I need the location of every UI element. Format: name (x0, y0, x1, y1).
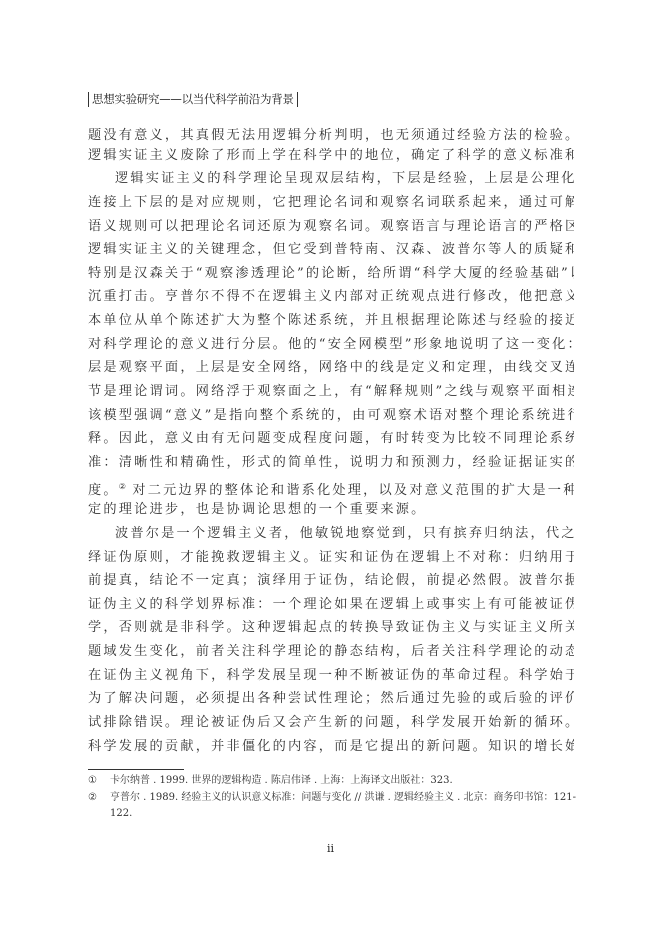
text-line: 语义规则可以把理论名词还原为观察名词。观察语言与理论语言的严格区分是 (88, 215, 574, 239)
running-header: 思想实验研究——以当代科学前沿为背景 (88, 92, 298, 107)
line-text: 逻辑实证主义废除了形而上学在科学中的地位，确定了科学的意义标准和划界标准。 (88, 148, 574, 163)
text-line: 为了解决问题，必须提出各种尝试性理论；然后通过先验的或后验的评价，来尝 (88, 687, 574, 711)
text-line: 对科学理论的意义进行分层。他的“安全网模型”形象地说明了这一变化：下 (88, 333, 574, 357)
text-line: 该模型强调“意义”是指向整个系统的，由可观察术语对整个理论系统进行解 (88, 404, 574, 428)
line-text: 节是理论谓词。网络浮于观察面之上，有“解释规则”之线与观察平面相连。 (88, 384, 574, 399)
footnote-number: ② (88, 790, 110, 823)
line-text: 学，否则就是非科学。这种逻辑起点的转换导致证伪主义与实证主义所关心的问 (88, 620, 574, 635)
line-text: 逻辑实证主义的关键理念，但它受到普特南、汉森、波普尔等人的质疑和批评， (88, 242, 574, 257)
line-text: 准：清晰性和精确性，形式的简单性，说明力和预测力，经验证据证实的程 (88, 455, 574, 470)
line-text: 科学发展的贡献，并非僵化的内容，而是它提出的新问题。知识的增长始于问 (88, 739, 574, 754)
text-line: 连接上下层的是对应规则，它把理论名词和观察名词联系起来，通过可解释的 (88, 191, 574, 215)
line-text: 定的理论进步，也是协调论思想的一个重要来源。 (88, 502, 427, 517)
line-text: 为了解决问题，必须提出各种尝试性理论；然后通过先验的或后验的评价，来尝 (88, 691, 574, 706)
line-text: 题没有意义，其真假无法用逻辑分析判明，也无须通过经验方法的检验。 (88, 128, 574, 143)
footnote-item: ② 亨普尔 . 1989. 经验主义的认识意义标准：问题与变化 // 洪谦 . … (88, 790, 578, 823)
footnote-rule (88, 769, 184, 770)
page-number: ii (0, 842, 661, 855)
text-line: 试排除错误。理论被证伪后又会产生新的问题，科学发展开始新的循环。理论对 (88, 711, 574, 735)
text-line: 绎证伪原则，才能挽救逻辑主义。证实和证伪在逻辑上不对称：归纳用于证实， (88, 546, 574, 570)
line-text: 释。因此，意义由有无问题变成程度问题，有时转变为比较不同理论系统的标 (88, 431, 574, 446)
line-text: 对科学理论的意义进行分层。他的“安全网模型”形象地说明了这一变化：下 (88, 337, 574, 352)
text-line: 在证伪主义视角下，科学发展呈现一种不断被证伪的革命过程。科学始于问题， (88, 664, 574, 688)
text-line: 逻辑实证主义的关键理念，但它受到普特南、汉森、波普尔等人的质疑和批评， (88, 238, 574, 262)
line-text: 语义规则可以把理论名词还原为观察名词。观察语言与理论语言的严格区分是 (88, 219, 574, 234)
text-line: 前提真，结论不一定真；演绎用于证伪，结论假，前提必然假。波普尔据此得出 (88, 569, 574, 593)
footnote-number: ① (88, 773, 110, 790)
line-text: 层是观察平面，上层是安全网络，网络中的线是定义和定理，由线交叉连接的 (88, 360, 574, 375)
footnote-text: 亨普尔 . 1989. 经验主义的认识意义标准：问题与变化 // 洪谦 . 逻辑… (110, 790, 578, 823)
line-text: 证伪主义的科学划界标准：一个理论如果在逻辑上或事实上有可能被证伪就是科 (88, 597, 574, 612)
text-line: 定的理论进步，也是协调论思想的一个重要来源。 (88, 498, 574, 522)
line-text: 题域发生变化，前者关注科学理论的静态结构，后者关注科学理论的动态演进。 (88, 644, 574, 659)
footnote-text: 卡尔纳普 . 1999. 世界的逻辑构造 . 陈启伟译 . 上海：上海译文出版社… (110, 773, 578, 790)
line-text: 试排除错误。理论被证伪后又会产生新的问题，科学发展开始新的循环。理论对 (88, 715, 574, 730)
text-line: 波普尔是一个逻辑主义者，他敏锐地察觉到，只有摈弃归纳法，代之以演 (88, 522, 574, 546)
text-line: 学，否则就是非科学。这种逻辑起点的转换导致证伪主义与实证主义所关心的问 (88, 616, 574, 640)
line-text: 在证伪主义视角下，科学发展呈现一种不断被证伪的革命过程。科学始于问题， (88, 668, 574, 683)
text-line: 沉重打击。亨普尔不得不在逻辑主义内部对正统观点进行修改，他把意义的基 (88, 285, 574, 309)
body-text: 题没有意义，其真假无法用逻辑分析判明，也无须通过经验方法的检验。① 这样，逻辑实… (88, 120, 574, 758)
text-line: 释。因此，意义由有无问题变成程度问题，有时转变为比较不同理论系统的标 (88, 427, 574, 451)
text-line: 特别是汉森关于“观察渗透理论”的论断，给所谓“科学大厦的经验基础”以 (88, 262, 574, 286)
line-text: 连接上下层的是对应规则，它把理论名词和观察名词联系起来，通过可解释的 (88, 195, 574, 210)
text-line: 逻辑实证主义废除了形而上学在科学中的地位，确定了科学的意义标准和划界标准。 (88, 144, 574, 168)
text-line: 层是观察平面，上层是安全网络，网络中的线是定义和定理，由线交叉连接的 (88, 356, 574, 380)
line-text: 沉重打击。亨普尔不得不在逻辑主义内部对正统观点进行修改，他把意义的基 (88, 289, 574, 304)
text-line: 本单位从单个陈述扩大为整个陈述系统，并且根据理论陈述与经验的接近程度 (88, 309, 574, 333)
line-text: 对二元边界的整体论和谐系化处理，以及对意义范围的扩大是一种值得肯 (126, 483, 574, 498)
line-text: 绎证伪原则，才能挽救逻辑主义。证实和证伪在逻辑上不对称：归纳用于证实， (88, 550, 574, 565)
line-text: 逻辑实证主义的科学理论呈现双层结构，下层是经验，上层是公理化系统， (115, 171, 574, 186)
line-text: 度。 (88, 483, 119, 498)
footnote-item: ① 卡尔纳普 . 1999. 世界的逻辑构造 . 陈启伟译 . 上海：上海译文出… (88, 773, 578, 790)
text-line: 逻辑实证主义的科学理论呈现双层结构，下层是经验，上层是公理化系统， (88, 167, 574, 191)
text-line: 科学发展的贡献，并非僵化的内容，而是它提出的新问题。知识的增长始于问 (88, 735, 574, 759)
line-text: 特别是汉森关于“观察渗透理论”的论断，给所谓“科学大厦的经验基础”以 (88, 266, 574, 281)
line-text: 波普尔是一个逻辑主义者，他敏锐地察觉到，只有摈弃归纳法，代之以演 (115, 526, 574, 541)
text-line: 题没有意义，其真假无法用逻辑分析判明，也无须通过经验方法的检验。① 这样， (88, 120, 574, 144)
text-line: 证伪主义的科学划界标准：一个理论如果在逻辑上或事实上有可能被证伪就是科 (88, 593, 574, 617)
text-line: 度。② 对二元边界的整体论和谐系化处理，以及对意义范围的扩大是一种值得肯 (88, 475, 574, 499)
line-text: 该模型强调“意义”是指向整个系统的，由可观察术语对整个理论系统进行解 (88, 408, 574, 423)
line-text: 本单位从单个陈述扩大为整个陈述系统，并且根据理论陈述与经验的接近程度 (88, 313, 574, 328)
text-line: 准：清晰性和精确性，形式的简单性，说明力和预测力，经验证据证实的程 (88, 451, 574, 475)
text-line: 题域发生变化，前者关注科学理论的静态结构，后者关注科学理论的动态演进。 (88, 640, 574, 664)
line-text: 前提真，结论不一定真；演绎用于证伪，结论假，前提必然假。波普尔据此得出 (88, 573, 574, 588)
footnotes: ① 卡尔纳普 . 1999. 世界的逻辑构造 . 陈启伟译 . 上海：上海译文出… (88, 773, 578, 823)
text-line: 节是理论谓词。网络浮于观察面之上，有“解释规则”之线与观察平面相连。 (88, 380, 574, 404)
footnote-ref[interactable]: ② (119, 482, 126, 491)
